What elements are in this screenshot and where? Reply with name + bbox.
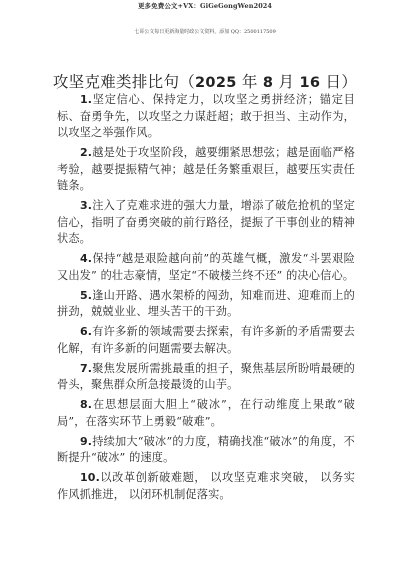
title-day-unit: 日） bbox=[320, 73, 357, 91]
paragraph-4: 4.保持“越是艰险越向前”的英雄气概，激发“斗罢艰险又出发” 的壮志豪情，坚定“… bbox=[57, 251, 355, 284]
promo-header-qq: 七哥公文每日更新海量时政公文资料，添加 QQ：2500117509 bbox=[0, 28, 410, 35]
promo-header-wechat: 更多免费公文+VX：GiGeGongWen2024 bbox=[0, 1, 410, 10]
paragraph-text: 保持“越是艰险越向前”的英雄气概，激发“斗罢艰险又出发” 的壮志豪情，坚定“不破… bbox=[57, 252, 355, 282]
paragraph-5: 5.逢山开路、遇水架桥的闯劲，知难而进、迎难而上的拼劲，兢兢业业、埋头苦干的干劲… bbox=[57, 288, 355, 321]
paragraph-2: 2.越是处于攻坚阶段，越要绷紧思想弦；越是面临严格考验，越要提振精气神；越是任务… bbox=[57, 145, 355, 195]
title-year-unit: 年 bbox=[237, 73, 263, 91]
paragraph-text: 坚定信心、保持定力，以攻坚之勇拼经济；锚定目标、奋勇争先，以攻坚之力谋赶超；敢于… bbox=[57, 93, 355, 139]
paragraph-6: 6.有许多新的领域需要去探索，有许多新的矛盾需要去化解，有许多新的问题需要去解决… bbox=[57, 324, 355, 357]
paragraph-index: 5. bbox=[80, 289, 92, 302]
title-text: 攻坚克难类排比句（ bbox=[53, 73, 195, 91]
paragraph-text: 持续加大“破冰”的力度，精确找准“破冰”的角度，不断提升“破冰” 的速度。 bbox=[57, 435, 355, 465]
paragraph-1: 1.坚定信心、保持定力，以攻坚之勇拼经济；锚定目标、奋勇争先，以攻坚之力谋赶超；… bbox=[57, 92, 355, 142]
paragraph-text: 越是处于攻坚阶段，越要绷紧思想弦；越是面临严格考验，越要提振精气神；越是任务繁重… bbox=[57, 146, 355, 192]
paragraph-index: 7. bbox=[80, 362, 92, 375]
paragraph-text: 在思想层面大胆上“破冰”，在行动维度上果敢“破局”，在落实环节上勇毅“破难”。 bbox=[57, 398, 355, 428]
paragraph-index: 3. bbox=[80, 199, 92, 212]
paragraph-index: 1. bbox=[80, 93, 92, 106]
title-day: 16 bbox=[300, 75, 321, 91]
paragraph-index: 2. bbox=[80, 146, 92, 159]
document-title: 攻坚克难类排比句（2025 年 8 月 16 日） bbox=[0, 70, 410, 92]
paragraph-index: 10. bbox=[80, 471, 100, 484]
paragraph-7: 7.聚焦发展所需挑最重的担子，聚焦基层所盼啃最硬的骨头，聚焦群众所急接最烫的山芋… bbox=[57, 361, 355, 394]
paragraph-text: 有许多新的领域需要去探索，有许多新的矛盾需要去化解，有许多新的问题需要去解决。 bbox=[57, 325, 355, 355]
paragraph-text: 以改革创新破难题， 以攻坚克难求突破， 以务实作风抓推进， 以闭环机制促落实。 bbox=[57, 471, 355, 501]
paragraph-index: 4. bbox=[80, 252, 92, 265]
title-year: 2025 bbox=[195, 75, 237, 91]
paragraph-text: 聚焦发展所需挑最重的担子，聚焦基层所盼啃最硬的骨头，聚焦群众所急接最烫的山芋。 bbox=[57, 362, 355, 392]
paragraph-index: 8. bbox=[80, 398, 92, 411]
document-body: 1.坚定信心、保持定力，以攻坚之勇拼经济；锚定目标、奋勇争先，以攻坚之力谋赶超；… bbox=[57, 92, 355, 507]
title-month: 8 bbox=[263, 75, 273, 91]
paragraph-index: 9. bbox=[80, 435, 92, 448]
paragraph-text: 注入了克难求进的强大力量，增添了破危抢机的坚定信心，指明了奋勇突破的前行路径，提… bbox=[57, 199, 355, 245]
title-month-unit: 月 bbox=[273, 73, 299, 91]
paragraph-10: 10.以改革创新破难题， 以攻坚克难求突破， 以务实作风抓推进， 以闭环机制促落… bbox=[57, 470, 355, 503]
paragraph-9: 9.持续加大“破冰”的力度，精确找准“破冰”的角度，不断提升“破冰” 的速度。 bbox=[57, 434, 355, 467]
paragraph-index: 6. bbox=[80, 325, 92, 338]
paragraph-text: 逢山开路、遇水架桥的闯劲，知难而进、迎难而上的拼劲，兢兢业业、埋头苦干的干劲。 bbox=[57, 289, 355, 319]
paragraph-3: 3.注入了克难求进的强大力量，增添了破危抢机的坚定信心，指明了奋勇突破的前行路径… bbox=[57, 198, 355, 248]
paragraph-8: 8.在思想层面大胆上“破冰”，在行动维度上果敢“破局”，在落实环节上勇毅“破难”… bbox=[57, 397, 355, 430]
